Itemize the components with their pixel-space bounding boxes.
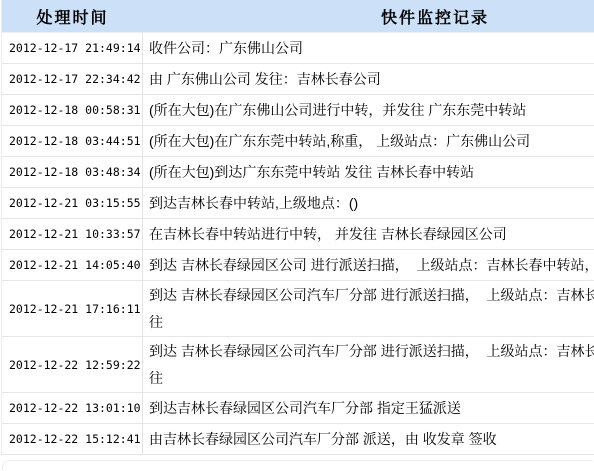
time-cell: 2012-12-21 03:15:55: [2, 188, 143, 218]
table-row: 2012-12-18 03:44:51 (所在大包)在广东东莞中转站,称重， 上…: [2, 126, 594, 157]
record-cell: (所在大包)在广东佛山公司进行中转，并发往 广东东莞中转站: [143, 95, 594, 125]
monitor-table: 处理时间 快件监控记录 2012-12-17 21:49:14 收件公司：广东佛…: [1, 0, 594, 455]
record-cell: 由 广东佛山公司 发往：吉林长春公司: [143, 64, 594, 94]
record-line: (所在大包)到达广东东莞中转站 发往 吉林长春中转站: [149, 159, 594, 186]
table-row: 2012-12-21 14:05:40 到达 吉林长春绿园区公司 进行派送扫描，…: [2, 250, 594, 281]
time-cell: 2012-12-22 15:12:41: [2, 424, 143, 454]
time-cell: 2012-12-18 03:44:51: [2, 126, 143, 156]
table-row: 2012-12-22 12:59:22 到达 吉林长春绿园区公司汽车厂分部 进行…: [2, 337, 594, 393]
record-line: 往: [149, 309, 594, 336]
time-cell: 2012-12-21 17:16:11: [2, 281, 143, 336]
record-cell: 到达 吉林长春绿园区公司汽车厂分部 进行派送扫描， 上级站点：吉林长春绿园区公司…: [143, 337, 594, 392]
time-cell: 2012-12-18 00:58:31: [2, 95, 143, 125]
record-cell: 到达 吉林长春绿园区公司汽车厂分部 进行派送扫描， 上级站点：吉林长春绿园区公司…: [143, 281, 594, 336]
table-row: 2012-12-17 21:49:14 收件公司：广东佛山公司: [2, 33, 594, 64]
record-cell: 到达吉林长春中转站,上级地点：(): [143, 188, 594, 218]
record-line: 到达吉林长春中转站,上级地点：(): [149, 190, 594, 217]
record-cell: (所在大包)在广东东莞中转站,称重， 上级站点：广东佛山公司: [143, 126, 594, 156]
table-row: 2012-12-18 03:48:34 (所在大包)到达广东东莞中转站 发往 吉…: [2, 157, 594, 188]
table-row: 2012-12-21 10:33:57 在吉林长春中转站进行中转， 并发往 吉林…: [2, 219, 594, 250]
record-line: (所在大包)在广东佛山公司进行中转，并发往 广东东莞中转站: [149, 97, 594, 124]
record-line: 由 广东佛山公司 发往：吉林长春公司: [149, 66, 594, 93]
table-header-row: 处理时间 快件监控记录: [2, 0, 594, 33]
time-cell: 2012-12-22 13:01:10: [2, 393, 143, 423]
table-body: 2012-12-17 21:49:14 收件公司：广东佛山公司 2012-12-…: [2, 33, 594, 455]
time-cell: 2012-12-17 22:34:42: [2, 64, 143, 94]
record-line: 到达 吉林长春绿园区公司 进行派送扫描， 上级站点：吉林长春中转站，: [149, 252, 594, 279]
time-cell: 2012-12-17 21:49:14: [2, 33, 143, 63]
record-line: 到达 吉林长春绿园区公司汽车厂分部 进行派送扫描， 上级站点：吉林长春绿园区公司…: [149, 282, 594, 309]
record-cell: 在吉林长春中转站进行中转， 并发往 吉林长春绿园区公司: [143, 219, 594, 249]
column-header-monitor-record: 快件监控记录: [143, 5, 594, 28]
time-cell: 2012-12-21 14:05:40: [2, 250, 143, 280]
record-cell: (所在大包)到达广东东莞中转站 发往 吉林长春中转站: [143, 157, 594, 187]
table-row: 2012-12-22 15:12:41 由吉林长春绿园区公司汽车厂分部 派送，由…: [2, 424, 594, 455]
time-cell: 2012-12-21 10:33:57: [2, 219, 143, 249]
record-line: 往: [149, 365, 594, 392]
table-row: 2012-12-17 22:34:42 由 广东佛山公司 发往：吉林长春公司: [2, 64, 594, 95]
record-cell: 收件公司：广东佛山公司: [143, 33, 594, 63]
time-cell: 2012-12-18 03:48:34: [2, 157, 143, 187]
column-header-process-time: 处理时间: [2, 5, 143, 28]
table-row: 2012-12-22 13:01:10 到达吉林长春绿园区公司汽车厂分部 指定王…: [2, 393, 594, 424]
record-line: 由吉林长春绿园区公司汽车厂分部 派送，由 收发章 签收: [149, 426, 594, 453]
record-line: 在吉林长春中转站进行中转， 并发往 吉林长春绿园区公司: [149, 221, 594, 248]
record-line: 到达 吉林长春绿园区公司汽车厂分部 进行派送扫描， 上级站点：吉林长春绿园区公司…: [149, 338, 594, 365]
record-line: 到达吉林长春绿园区公司汽车厂分部 指定王猛派送: [149, 395, 594, 422]
next-panel-top-edge: [2, 460, 593, 470]
record-line: 收件公司：广东佛山公司: [149, 35, 594, 62]
table-row: 2012-12-21 03:15:55 到达吉林长春中转站,上级地点：(): [2, 188, 594, 219]
record-cell: 由吉林长春绿园区公司汽车厂分部 派送，由 收发章 签收: [143, 424, 594, 454]
record-line: (所在大包)在广东东莞中转站,称重， 上级站点：广东佛山公司: [149, 128, 594, 155]
table-row: 2012-12-18 00:58:31 (所在大包)在广东佛山公司进行中转，并发…: [2, 95, 594, 126]
table-row: 2012-12-21 17:16:11 到达 吉林长春绿园区公司汽车厂分部 进行…: [2, 281, 594, 337]
time-cell: 2012-12-22 12:59:22: [2, 337, 143, 392]
record-cell: 到达吉林长春绿园区公司汽车厂分部 指定王猛派送: [143, 393, 594, 423]
record-cell: 到达 吉林长春绿园区公司 进行派送扫描， 上级站点：吉林长春中转站，: [143, 250, 594, 280]
tracking-panel: 处理时间 快件监控记录 2012-12-17 21:49:14 收件公司：广东佛…: [0, 0, 594, 471]
